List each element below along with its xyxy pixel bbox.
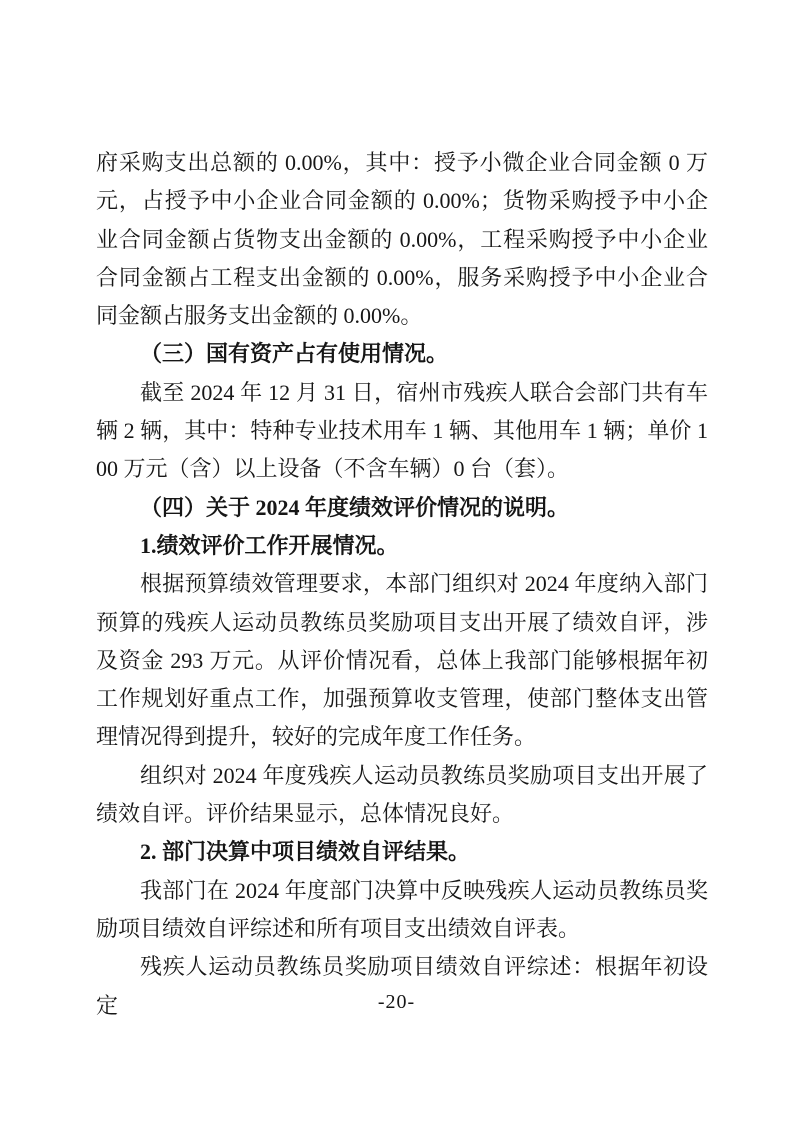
section-heading-performance-evaluation: （四）关于 2024 年度绩效评价情况的说明。 xyxy=(96,489,708,527)
paragraph-evaluation-overview: 根据预算绩效管理要求，本部门组织对 2024 年度纳入部门预算的残疾人运动员教练… xyxy=(96,565,708,756)
subsection-heading-final-accounts-self-evaluation: 2. 部门决算中项目绩效自评结果。 xyxy=(96,833,708,871)
paragraph-vehicles-equipment: 截至 2024 年 12 月 31 日，宿州市残疾人联合会部门共有车辆 2 辆，… xyxy=(96,374,708,489)
document-page: 府采购支出总额的 0.00%，其中：授予小微企业合同金额 0 万元，占授予中小企… xyxy=(0,0,793,1122)
subsection-heading-evaluation-work: 1.绩效评价工作开展情况。 xyxy=(96,527,708,565)
body-text: 府采购支出总额的 0.00%，其中：授予小微企业合同金额 0 万元，占授予中小企… xyxy=(96,144,708,1025)
section-heading-state-assets: （三）国有资产占有使用情况。 xyxy=(96,335,708,373)
paragraph-procurement-continuation: 府采购支出总额的 0.00%，其中：授予小微企业合同金额 0 万元，占授予中小企… xyxy=(96,144,708,335)
paragraph-self-evaluation-result: 组织对 2024 年度残疾人运动员教练员奖励项目支出开展了绩效自评。评价结果显示… xyxy=(96,757,708,834)
page-number: -20- xyxy=(0,990,793,1014)
paragraph-final-accounts-reflection: 我部门在 2024 年度部门决算中反映残疾人运动员教练员奖励项目绩效自评综述和所… xyxy=(96,872,708,949)
